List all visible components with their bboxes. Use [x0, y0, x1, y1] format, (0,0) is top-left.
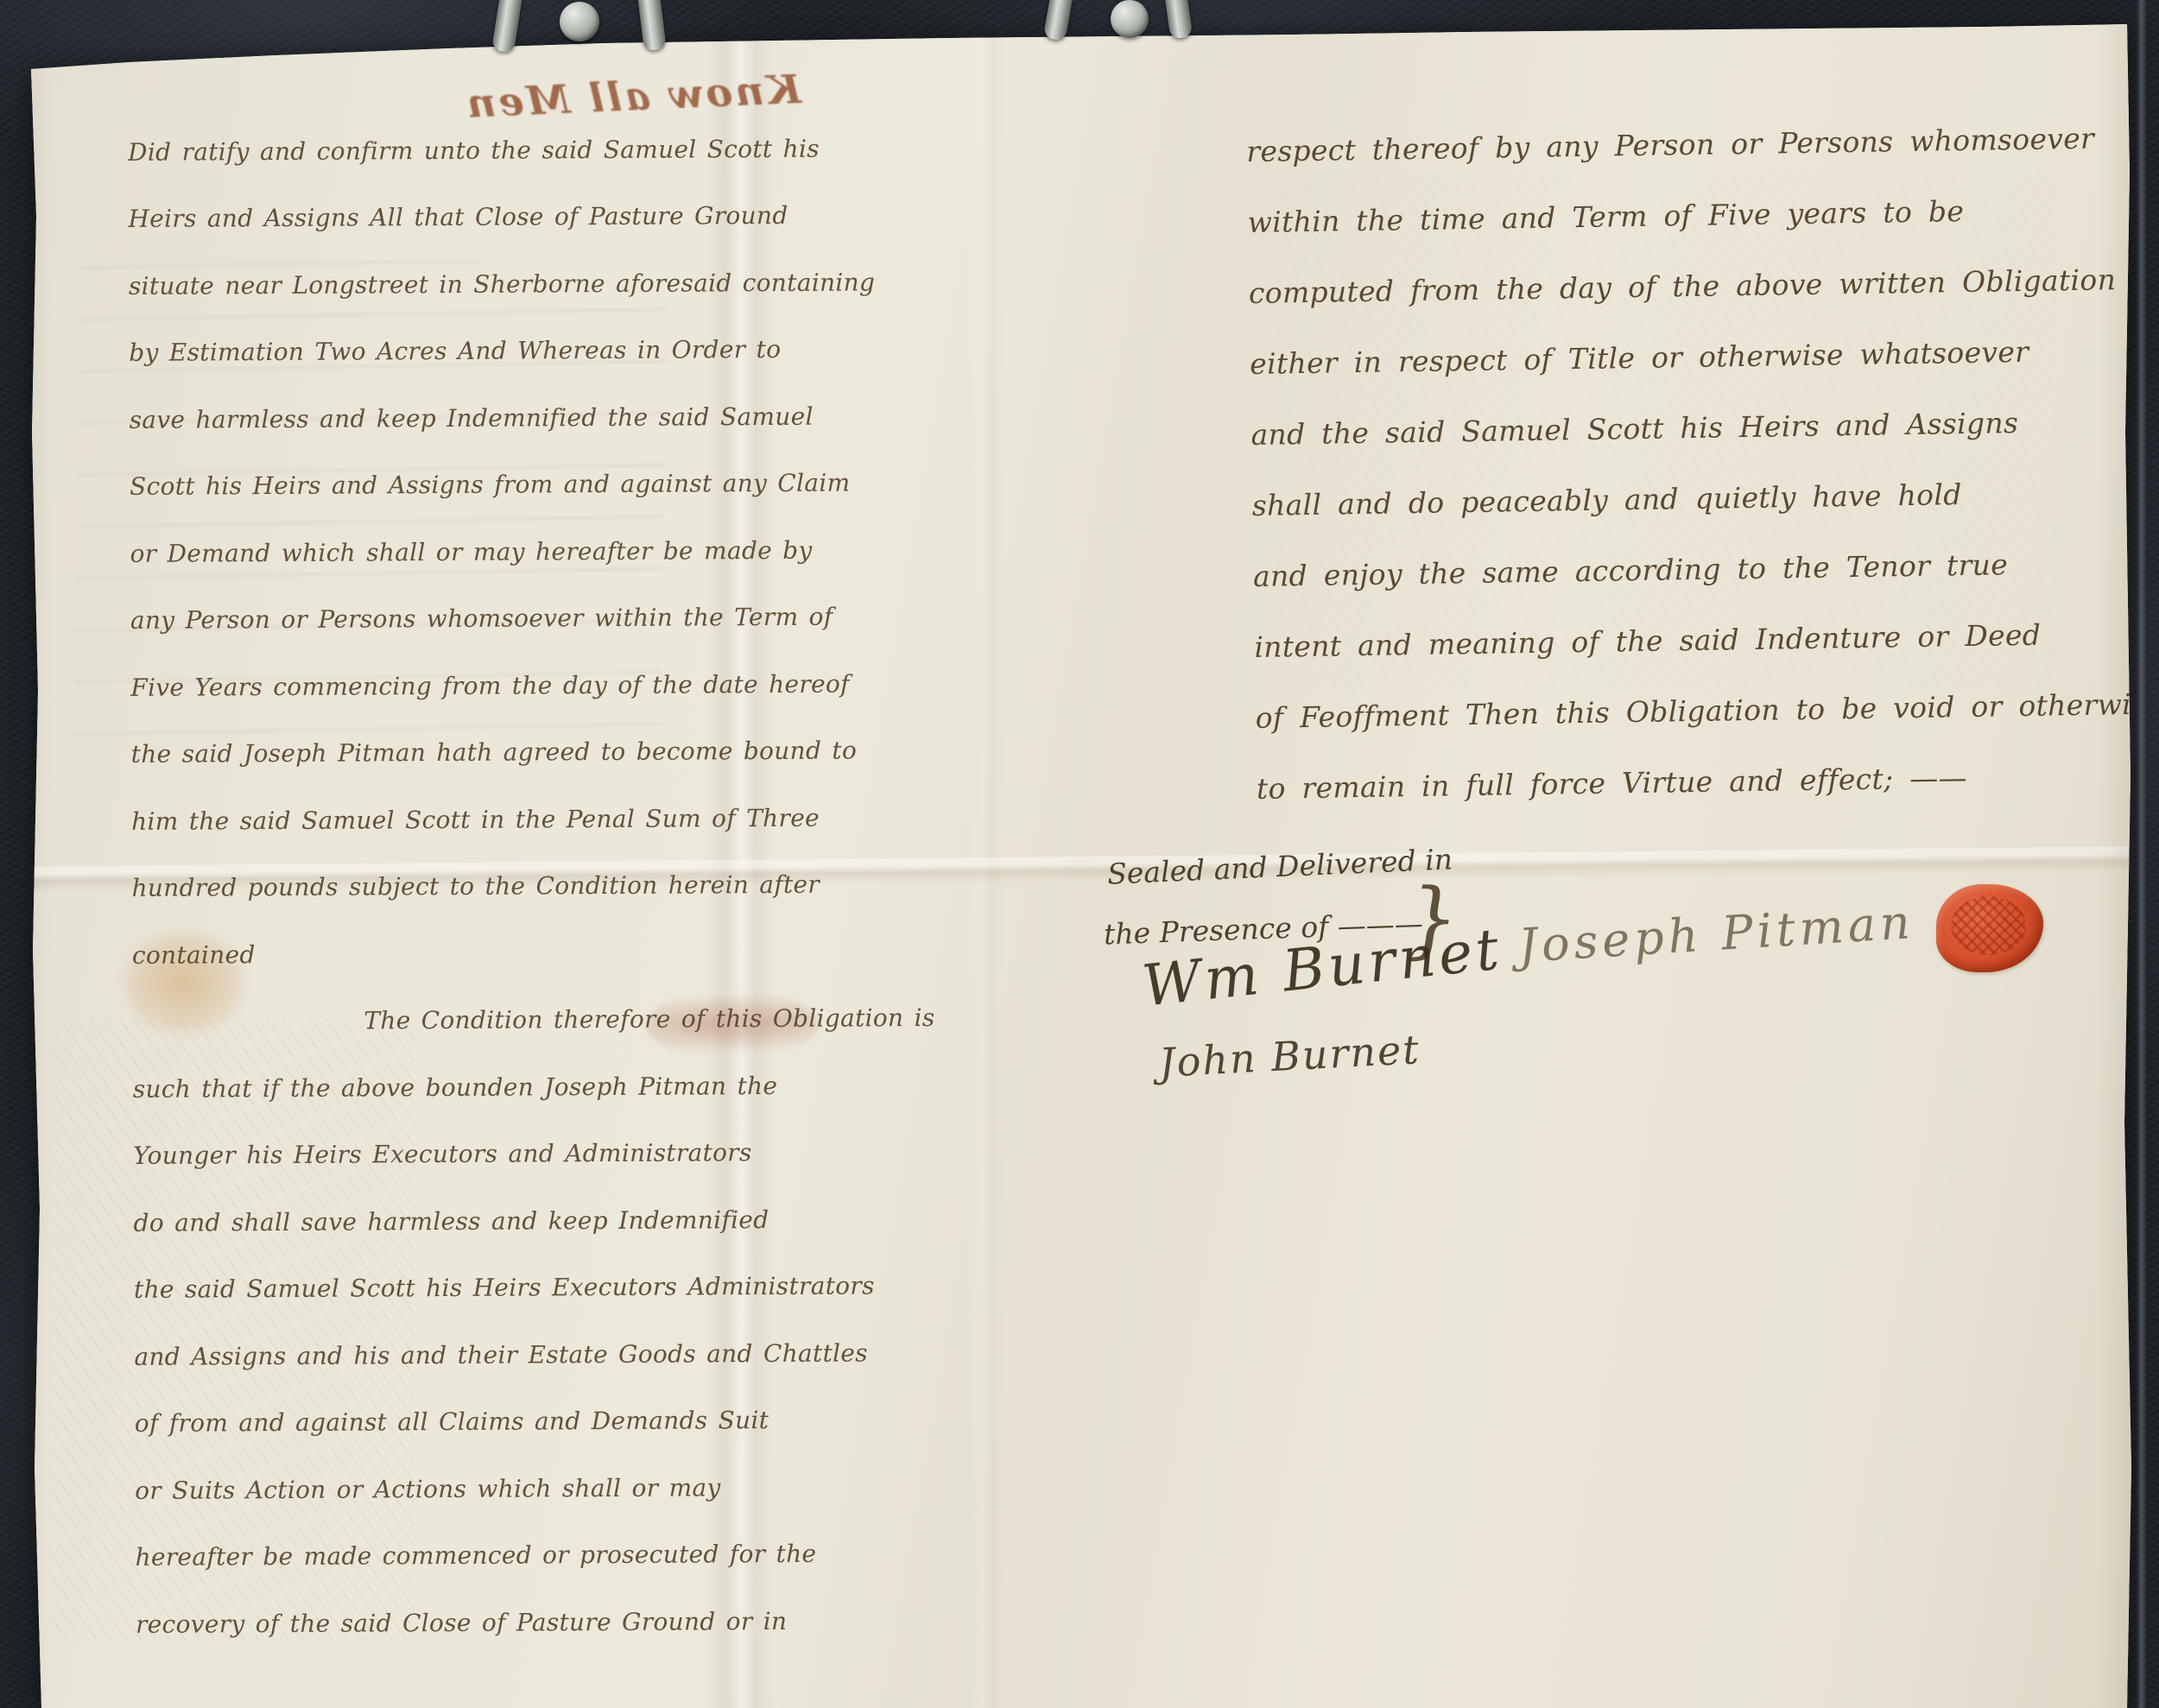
manuscript-line: do and shall save harmless and keep Inde…: [133, 1205, 769, 1237]
metal-rivet: [560, 2, 599, 41]
vertical-fold-crease: [966, 0, 1004, 1708]
photo-of-bound-manuscript: Know all Men Did ratify and confirm unto…: [0, 0, 2159, 1708]
manuscript-line: or Demand which shall or may hereafter b…: [130, 536, 812, 568]
manuscript-line: shall and do peaceably and quietly have …: [1252, 478, 1962, 522]
manuscript-line: any Person or Persons whomsoever within …: [130, 603, 833, 635]
manuscript-line: and enjoy the same according to the Teno…: [1253, 547, 2008, 593]
wax-seal-impression: [1951, 896, 2026, 954]
manuscript-bifolium: Know all Men Did ratify and confirm unto…: [0, 0, 2159, 1708]
witness-signature-john-burnet: John Burnet: [1158, 1026, 1421, 1086]
manuscript-line: either in respect of Title or otherwise …: [1250, 335, 2029, 381]
mirrored-showthrough-heading: Know all Men: [481, 66, 803, 140]
manuscript-line: such that if the above bounden Joseph Pi…: [133, 1072, 778, 1104]
document-paper-wrapper: Know all Men Did ratify and confirm unto…: [0, 0, 2159, 1708]
manuscript-line: the said Samuel Scott his Heirs Executor…: [134, 1271, 875, 1303]
manuscript-line: and Assigns and his and their Estate Goo…: [134, 1338, 868, 1370]
manuscript-line: by Estimation Two Acres And Whereas in O…: [129, 335, 781, 367]
left-page-text: Did ratify and confirm unto the said Sam…: [128, 135, 750, 138]
center-fold-crease: [706, 0, 774, 1708]
manuscript-line: Younger his Heirs Executors and Administ…: [133, 1138, 752, 1170]
manuscript-line: respect thereof by any Person or Persons…: [1246, 122, 2094, 168]
manuscript-line: hereafter be made commenced or prosecute…: [136, 1540, 817, 1572]
manuscript-line: of from and against all Claims and Deman…: [135, 1406, 769, 1438]
metal-rivet: [1111, 0, 1149, 38]
manuscript-line: hundred pounds subject to the Condition …: [131, 870, 820, 902]
manuscript-line: Scott his Heirs and Assigns from and aga…: [130, 469, 850, 501]
manuscript-line: him the said Samuel Scott in the Penal S…: [131, 804, 820, 836]
manuscript-line: intent and meaning of the said Indenture…: [1254, 618, 2041, 664]
manuscript-line: within the time and Term of Five years t…: [1247, 194, 1964, 239]
book-spine-highlight: [2137, 0, 2147, 1708]
principal-signature-joseph-pitman: Joseph Pitman: [1517, 895, 1916, 973]
manuscript-line: Heirs and Assigns All that Close of Past…: [128, 201, 788, 233]
wax-seal: [1936, 884, 2043, 972]
manuscript-line: recovery of the said Close of Pasture Gr…: [136, 1607, 787, 1639]
manuscript-line: and the said Samuel Scott his Heirs and …: [1250, 406, 2018, 452]
left-edge-shading: [0, 0, 52, 1708]
manuscript-line: Five Years commencing from the day of th…: [130, 670, 850, 702]
attestation-sealed-line: Sealed and Delivered in: [1106, 842, 1453, 890]
manuscript-line: the said Joseph Pitman hath agreed to be…: [131, 736, 857, 768]
manuscript-line: computed from the day of the above writt…: [1249, 263, 2117, 310]
manuscript-line: save harmless and keep Indemnified the s…: [130, 402, 814, 434]
manuscript-line: to remain in full force Virtue and effec…: [1257, 761, 1967, 806]
manuscript-line: contained: [132, 940, 256, 970]
manuscript-line: or Suits Action or Actions which shall o…: [135, 1473, 720, 1505]
manuscript-line: situate near Longstreet in Sherborne afo…: [129, 268, 875, 300]
right-page-text: respect thereof by any Person or Persons…: [1246, 121, 2127, 135]
right-edge-shading: [2099, 0, 2159, 1708]
manuscript-line: The Condition therefore of this Obligati…: [364, 1003, 934, 1034]
manuscript-line: of Feoffment Then this Obligation to be …: [1255, 686, 2159, 735]
manuscript-line: Did ratify and confirm unto the said Sam…: [128, 135, 820, 167]
